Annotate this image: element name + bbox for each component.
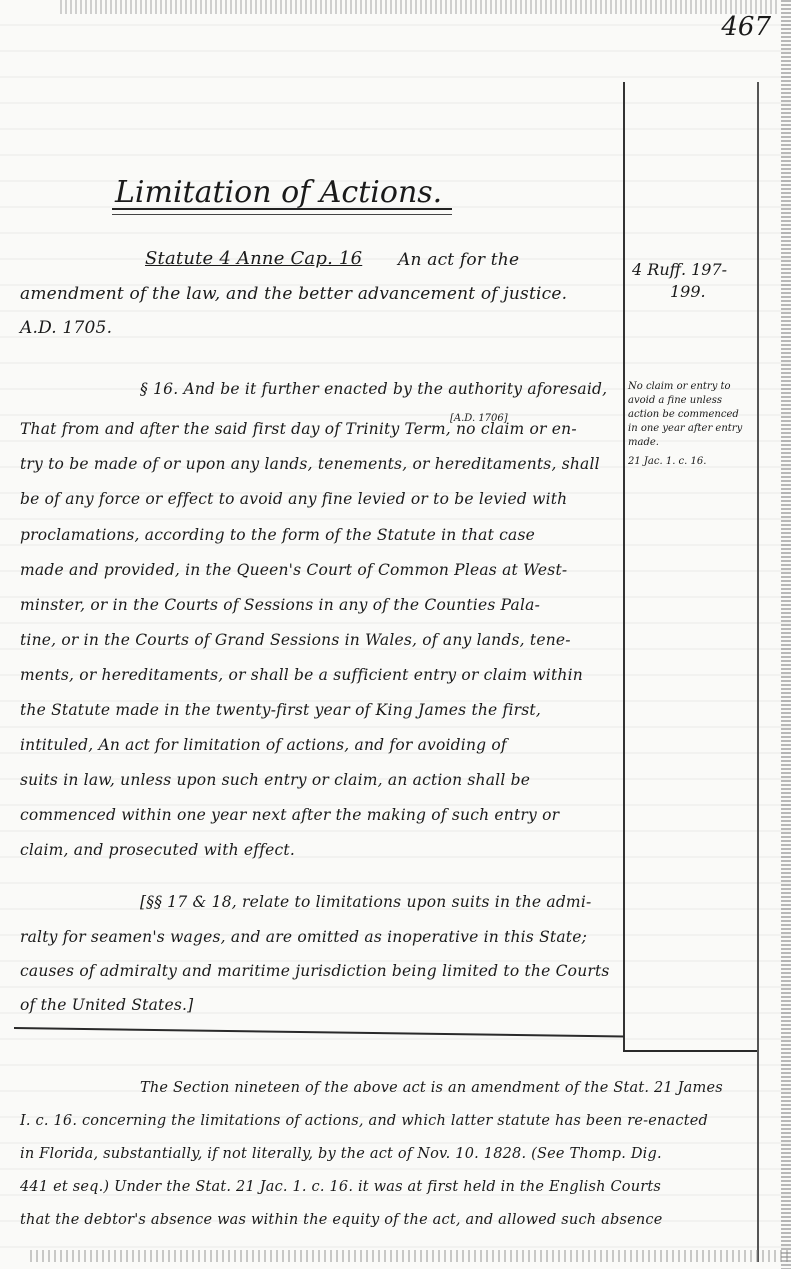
- sections-17-18-line: of the United States.]: [20, 996, 193, 1014]
- margin-rule-right: [757, 82, 759, 1262]
- section-16-line: ments, or hereditaments, or shall be a s…: [20, 666, 583, 684]
- statute-citation: Statute 4 Anne Cap. 16: [145, 248, 362, 269]
- commentary-line: The Section nineteen of the above act is…: [140, 1080, 723, 1096]
- margin-note-line: avoid a fine unless: [628, 395, 722, 406]
- scan-noise-bottom: [30, 1250, 790, 1262]
- section-16-line: tine, or in the Courts of Grand Sessions…: [20, 631, 571, 649]
- margin-reference: 4 Ruff. 197-: [632, 260, 727, 279]
- section-16-line: the Statute made in the twenty-first yea…: [20, 701, 541, 719]
- section-divider-margin: [623, 1050, 757, 1052]
- statute-heading-line: amendment of the law, and the better adv…: [20, 284, 567, 304]
- page-title: Limitation of Actions.: [115, 175, 442, 210]
- sections-17-18-line: ralty for seamen's wages, and are omitte…: [20, 928, 587, 946]
- section-16-line: be of any force or effect to avoid any f…: [20, 490, 567, 508]
- section-16-line: That from and after the said first day o…: [20, 420, 577, 438]
- section-divider: [14, 1027, 624, 1038]
- commentary-line: I. c. 16. concerning the limitations of …: [20, 1113, 708, 1129]
- margin-note-line: No claim or entry to: [628, 381, 731, 392]
- section-16-line: try to be made of or upon any lands, ten…: [20, 455, 600, 473]
- sections-17-18-line: causes of admiralty and maritime jurisdi…: [20, 962, 610, 980]
- commentary-line: that the debtor's absence was within the…: [20, 1212, 663, 1228]
- section-16-line: minster, or in the Courts of Sessions in…: [20, 596, 540, 614]
- sections-17-18-line: [§§ 17 & 18, relate to limitations upon …: [140, 893, 591, 911]
- title-underline: [112, 208, 452, 215]
- section-16-line: claim, and prosecuted with effect.: [20, 841, 295, 859]
- section-16-line: § 16. And be it further enacted by the a…: [140, 380, 607, 398]
- page-number: 467: [721, 12, 771, 42]
- margin-rule-left: [623, 82, 625, 1052]
- scan-edge-right: [781, 0, 791, 1269]
- section-16-line: commenced within one year next after the…: [20, 806, 559, 824]
- commentary-line: in Florida, substantially, if not litera…: [20, 1146, 662, 1162]
- margin-note-line: action be commenced: [628, 409, 739, 420]
- commentary-line: 441 et seq.) Under the Stat. 21 Jac. 1. …: [20, 1179, 661, 1195]
- margin-note-line: in one year after entry: [628, 423, 742, 434]
- margin-note-citation: 21 Jac. 1. c. 16.: [628, 456, 706, 467]
- manuscript-page: 467 Limitation of Actions. Statute 4 Ann…: [0, 0, 791, 1269]
- statute-date: A.D. 1705.: [20, 318, 112, 338]
- statute-heading-line: An act for the: [398, 250, 519, 270]
- section-16-line: made and provided, in the Queen's Court …: [20, 561, 567, 579]
- section-16-line: intituled, An act for limitation of acti…: [20, 736, 507, 754]
- margin-reference: 199.: [670, 282, 706, 301]
- scan-noise-top: [60, 0, 780, 14]
- margin-note-line: made.: [628, 437, 659, 448]
- section-16-line: suits in law, unless upon such entry or …: [20, 771, 530, 789]
- section-16-line: proclamations, according to the form of …: [20, 526, 535, 544]
